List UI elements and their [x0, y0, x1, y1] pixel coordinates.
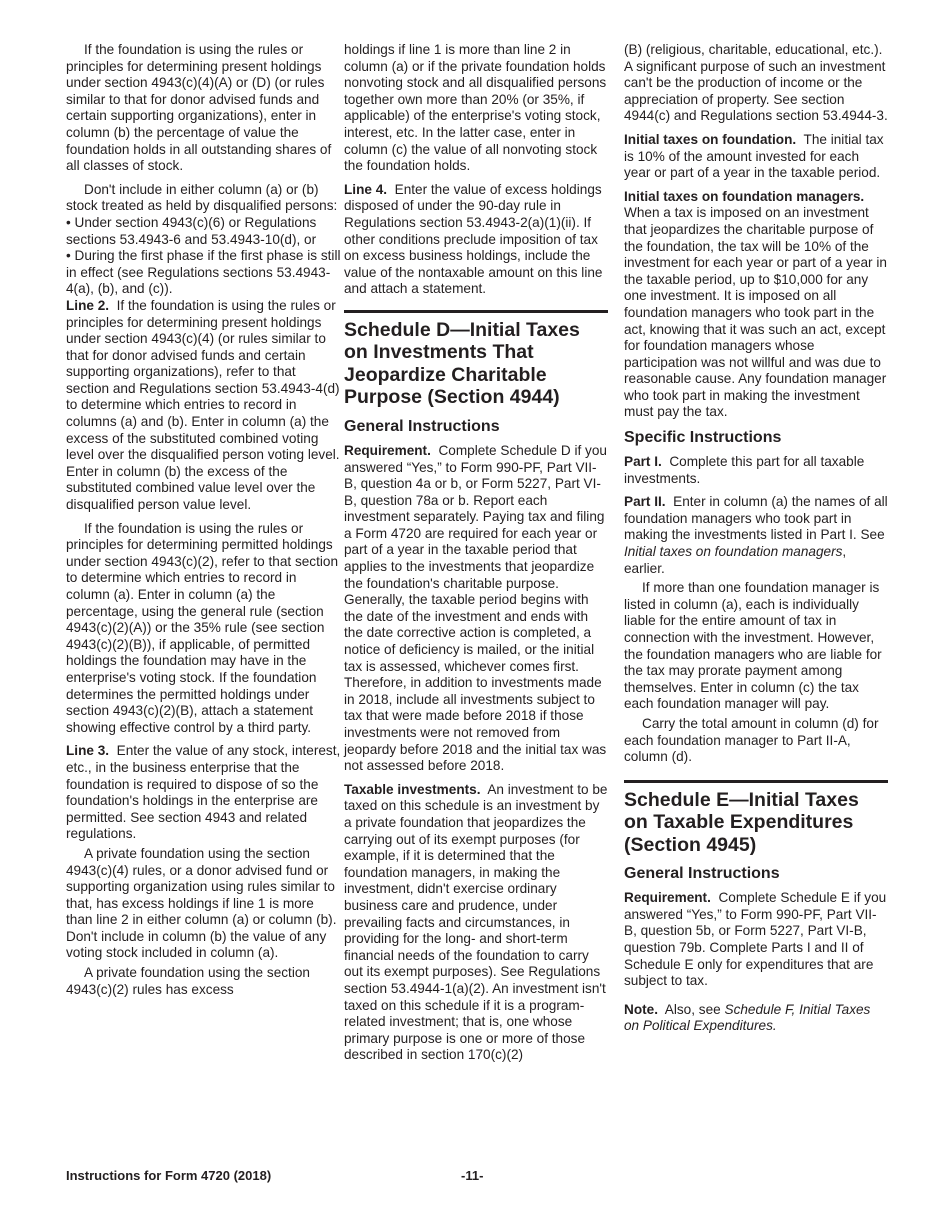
run-in-heading: Taxable investments. — [344, 782, 481, 797]
run-in-heading: Line 3. — [66, 743, 109, 758]
requirement-paragraph: Requirement. Complete Schedule E if you … — [624, 890, 888, 990]
section-divider — [344, 310, 608, 313]
paragraph-text: Enter the value of excess holdings dispo… — [344, 182, 602, 297]
requirement-paragraph: Requirement. Complete Schedule D if you … — [344, 443, 608, 775]
bullet-item: • Under section 4943(c)(6) or Regulation… — [66, 215, 342, 248]
line-2-instructions: Line 2. If the foundation is using the r… — [66, 298, 342, 514]
line-3-instructions: Line 3. Enter the value of any stock, in… — [66, 743, 342, 843]
run-in-heading: Line 2. — [66, 298, 109, 313]
schedule-d-title: Schedule D—Initial Taxes on Investments … — [344, 319, 608, 409]
run-in-heading: Part II. — [624, 494, 666, 509]
paragraph: Carry the total amount in column (d) for… — [624, 716, 888, 766]
paragraph: A private foundation using the section 4… — [66, 846, 342, 962]
specific-instructions-heading: Specific Instructions — [624, 428, 888, 447]
run-in-heading: Note. — [624, 1002, 658, 1017]
paragraph: If the foundation is using the rules or … — [66, 42, 342, 175]
paragraph-text: When a tax is imposed on an investment t… — [624, 205, 887, 419]
general-instructions-heading: General Instructions — [344, 417, 608, 436]
line-4-instructions: Line 4. Enter the value of excess holdin… — [344, 182, 608, 298]
schedule-e-title: Schedule E—Initial Taxes on Taxable Expe… — [624, 789, 888, 857]
paragraph: holdings if line 1 is more than line 2 i… — [344, 42, 608, 175]
column-right: (B) (religious, charitable, educational,… — [624, 42, 888, 1042]
bullet-item: • During the first phase if the first ph… — [66, 248, 342, 298]
column-middle: holdings if line 1 is more than line 2 i… — [344, 42, 608, 1071]
cross-reference: Initial taxes on foundation managers — [624, 544, 842, 559]
taxable-investments-paragraph: Taxable investments. An investment to be… — [344, 782, 608, 1064]
paragraph-text: If the foundation is using the rules or … — [66, 298, 340, 512]
paragraph: If the foundation is using the rules or … — [66, 521, 342, 737]
note-paragraph: Note. Also, see Schedule F, Initial Taxe… — [624, 1002, 888, 1035]
part-1-instructions: Part I. Complete this part for all taxab… — [624, 454, 888, 487]
paragraph: Don't include in either column (a) or (b… — [66, 182, 342, 215]
run-in-heading: Requirement. — [344, 443, 431, 458]
cross-reference: Schedule F, Initial Taxes on Political E… — [624, 1002, 870, 1034]
part-2-instructions: Part II. Enter in column (a) the names o… — [624, 494, 888, 577]
paragraph-text: An investment to be taxed on this schedu… — [344, 782, 607, 1063]
column-left: If the foundation is using the rules or … — [66, 42, 342, 1005]
run-in-heading: Line 4. — [344, 182, 387, 197]
paragraph: If more than one foundation manager is l… — [624, 580, 888, 713]
footer-form-title: Instructions for Form 4720 (2018) — [66, 1168, 271, 1183]
run-in-heading: Requirement. — [624, 890, 711, 905]
paragraph: (B) (religious, charitable, educational,… — [624, 42, 888, 125]
paragraph-text: Complete Schedule D if you answered “Yes… — [344, 443, 607, 773]
run-in-heading: Initial taxes on foundation managers. — [624, 189, 864, 204]
section-divider — [624, 780, 888, 783]
run-in-heading: Initial taxes on foundation. — [624, 132, 796, 147]
general-instructions-heading: General Instructions — [624, 864, 888, 883]
paragraph-text: Also, see — [665, 1002, 725, 1017]
page-number: -11- — [461, 1168, 483, 1183]
run-in-heading: Part I. — [624, 454, 662, 469]
paragraph: A private foundation using the section 4… — [66, 965, 342, 998]
initial-taxes-managers: Initial taxes on foundation managers. Wh… — [624, 189, 888, 421]
initial-taxes-foundation: Initial taxes on foundation. The initial… — [624, 132, 888, 182]
